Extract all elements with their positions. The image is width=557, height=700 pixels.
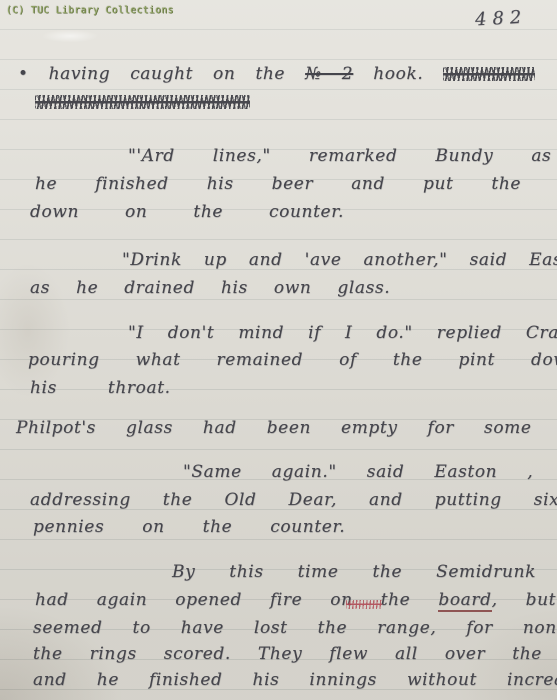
- manuscript-line: his throat.: [30, 378, 171, 399]
- scribbled-out-text: [35, 95, 250, 109]
- manuscript-text: • having caught on the № 2 hook. "'Ard l…: [0, 0, 557, 700]
- handwritten-text: , but he: [492, 590, 557, 610]
- manuscript-line: as he drained his own glass.: [30, 278, 390, 299]
- handwritten-text: "I don't mind if I do." replied Crass,: [128, 323, 557, 343]
- handwritten-text: he finished his beer and put the glass: [35, 174, 557, 194]
- manuscript-line: down on the counter.: [30, 202, 344, 223]
- manuscript-line: had again opened fire on the board, but …: [35, 590, 557, 611]
- manuscript-line: Philpot's glass had been empty for some …: [16, 418, 557, 439]
- manuscript-line: the rings scored. They flew all over the…: [33, 644, 557, 665]
- handwritten-text: the rings scored. They flew all over the…: [33, 644, 557, 664]
- handwritten-text: № 2: [305, 64, 353, 84]
- manuscript-line: and he finished his innings without incr…: [33, 670, 557, 691]
- manuscript-line: pennies on the counter.: [33, 517, 345, 538]
- handwritten-text: seemed to have lost the range, for none …: [33, 618, 557, 638]
- manuscript-line: seemed to have lost the range, for none …: [33, 618, 557, 639]
- manuscript-line: addressing the Old Dear, and putting six: [30, 490, 557, 511]
- manuscript-line: "I don't mind if I do." replied Crass,: [128, 323, 557, 344]
- manuscript-line: pouring what remained of the pint down: [28, 350, 557, 371]
- handwritten-text: • having caught on the: [18, 64, 305, 84]
- handwritten-text: "'Ard lines," remarked Bundy as: [128, 146, 551, 166]
- handwritten-text: Philpot's glass had been empty for some …: [16, 418, 557, 438]
- handwritten-text: hook.: [353, 64, 443, 84]
- manuscript-line: "Drink up and 'ave another," said Easton…: [122, 250, 557, 271]
- handwritten-text: down on the counter.: [30, 202, 344, 222]
- scribbled-out-text: [443, 67, 535, 81]
- manuscript-line: "'Ard lines," remarked Bundy as: [128, 146, 551, 167]
- handwritten-text: his throat.: [30, 378, 171, 398]
- handwritten-text: and he finished his innings without incr…: [33, 670, 557, 690]
- manuscript-line: "Same again." said Easton ,: [183, 462, 533, 483]
- handwritten-text: "Same again." said Easton ,: [183, 462, 533, 482]
- manuscript-page-scan: (C) TUC Library Collections 482 • having…: [0, 0, 557, 700]
- manuscript-line: [35, 92, 250, 113]
- handwritten-text: board: [438, 590, 491, 612]
- red-ink-correction: [346, 600, 382, 609]
- handwritten-text: pennies on the counter.: [33, 517, 345, 537]
- manuscript-line: By this time the Semidrunk: [172, 562, 536, 583]
- handwritten-text: By this time the Semidrunk: [172, 562, 536, 582]
- handwritten-text: as he drained his own glass.: [30, 278, 390, 298]
- handwritten-text: addressing the Old Dear, and putting six: [30, 490, 557, 510]
- manuscript-line: • having caught on the № 2 hook.: [18, 64, 535, 85]
- handwritten-text: "Drink up and 'ave another," said Easton…: [122, 250, 557, 270]
- manuscript-line: he finished his beer and put the glass: [35, 174, 557, 195]
- handwritten-text: pouring what remained of the pint down: [28, 350, 557, 370]
